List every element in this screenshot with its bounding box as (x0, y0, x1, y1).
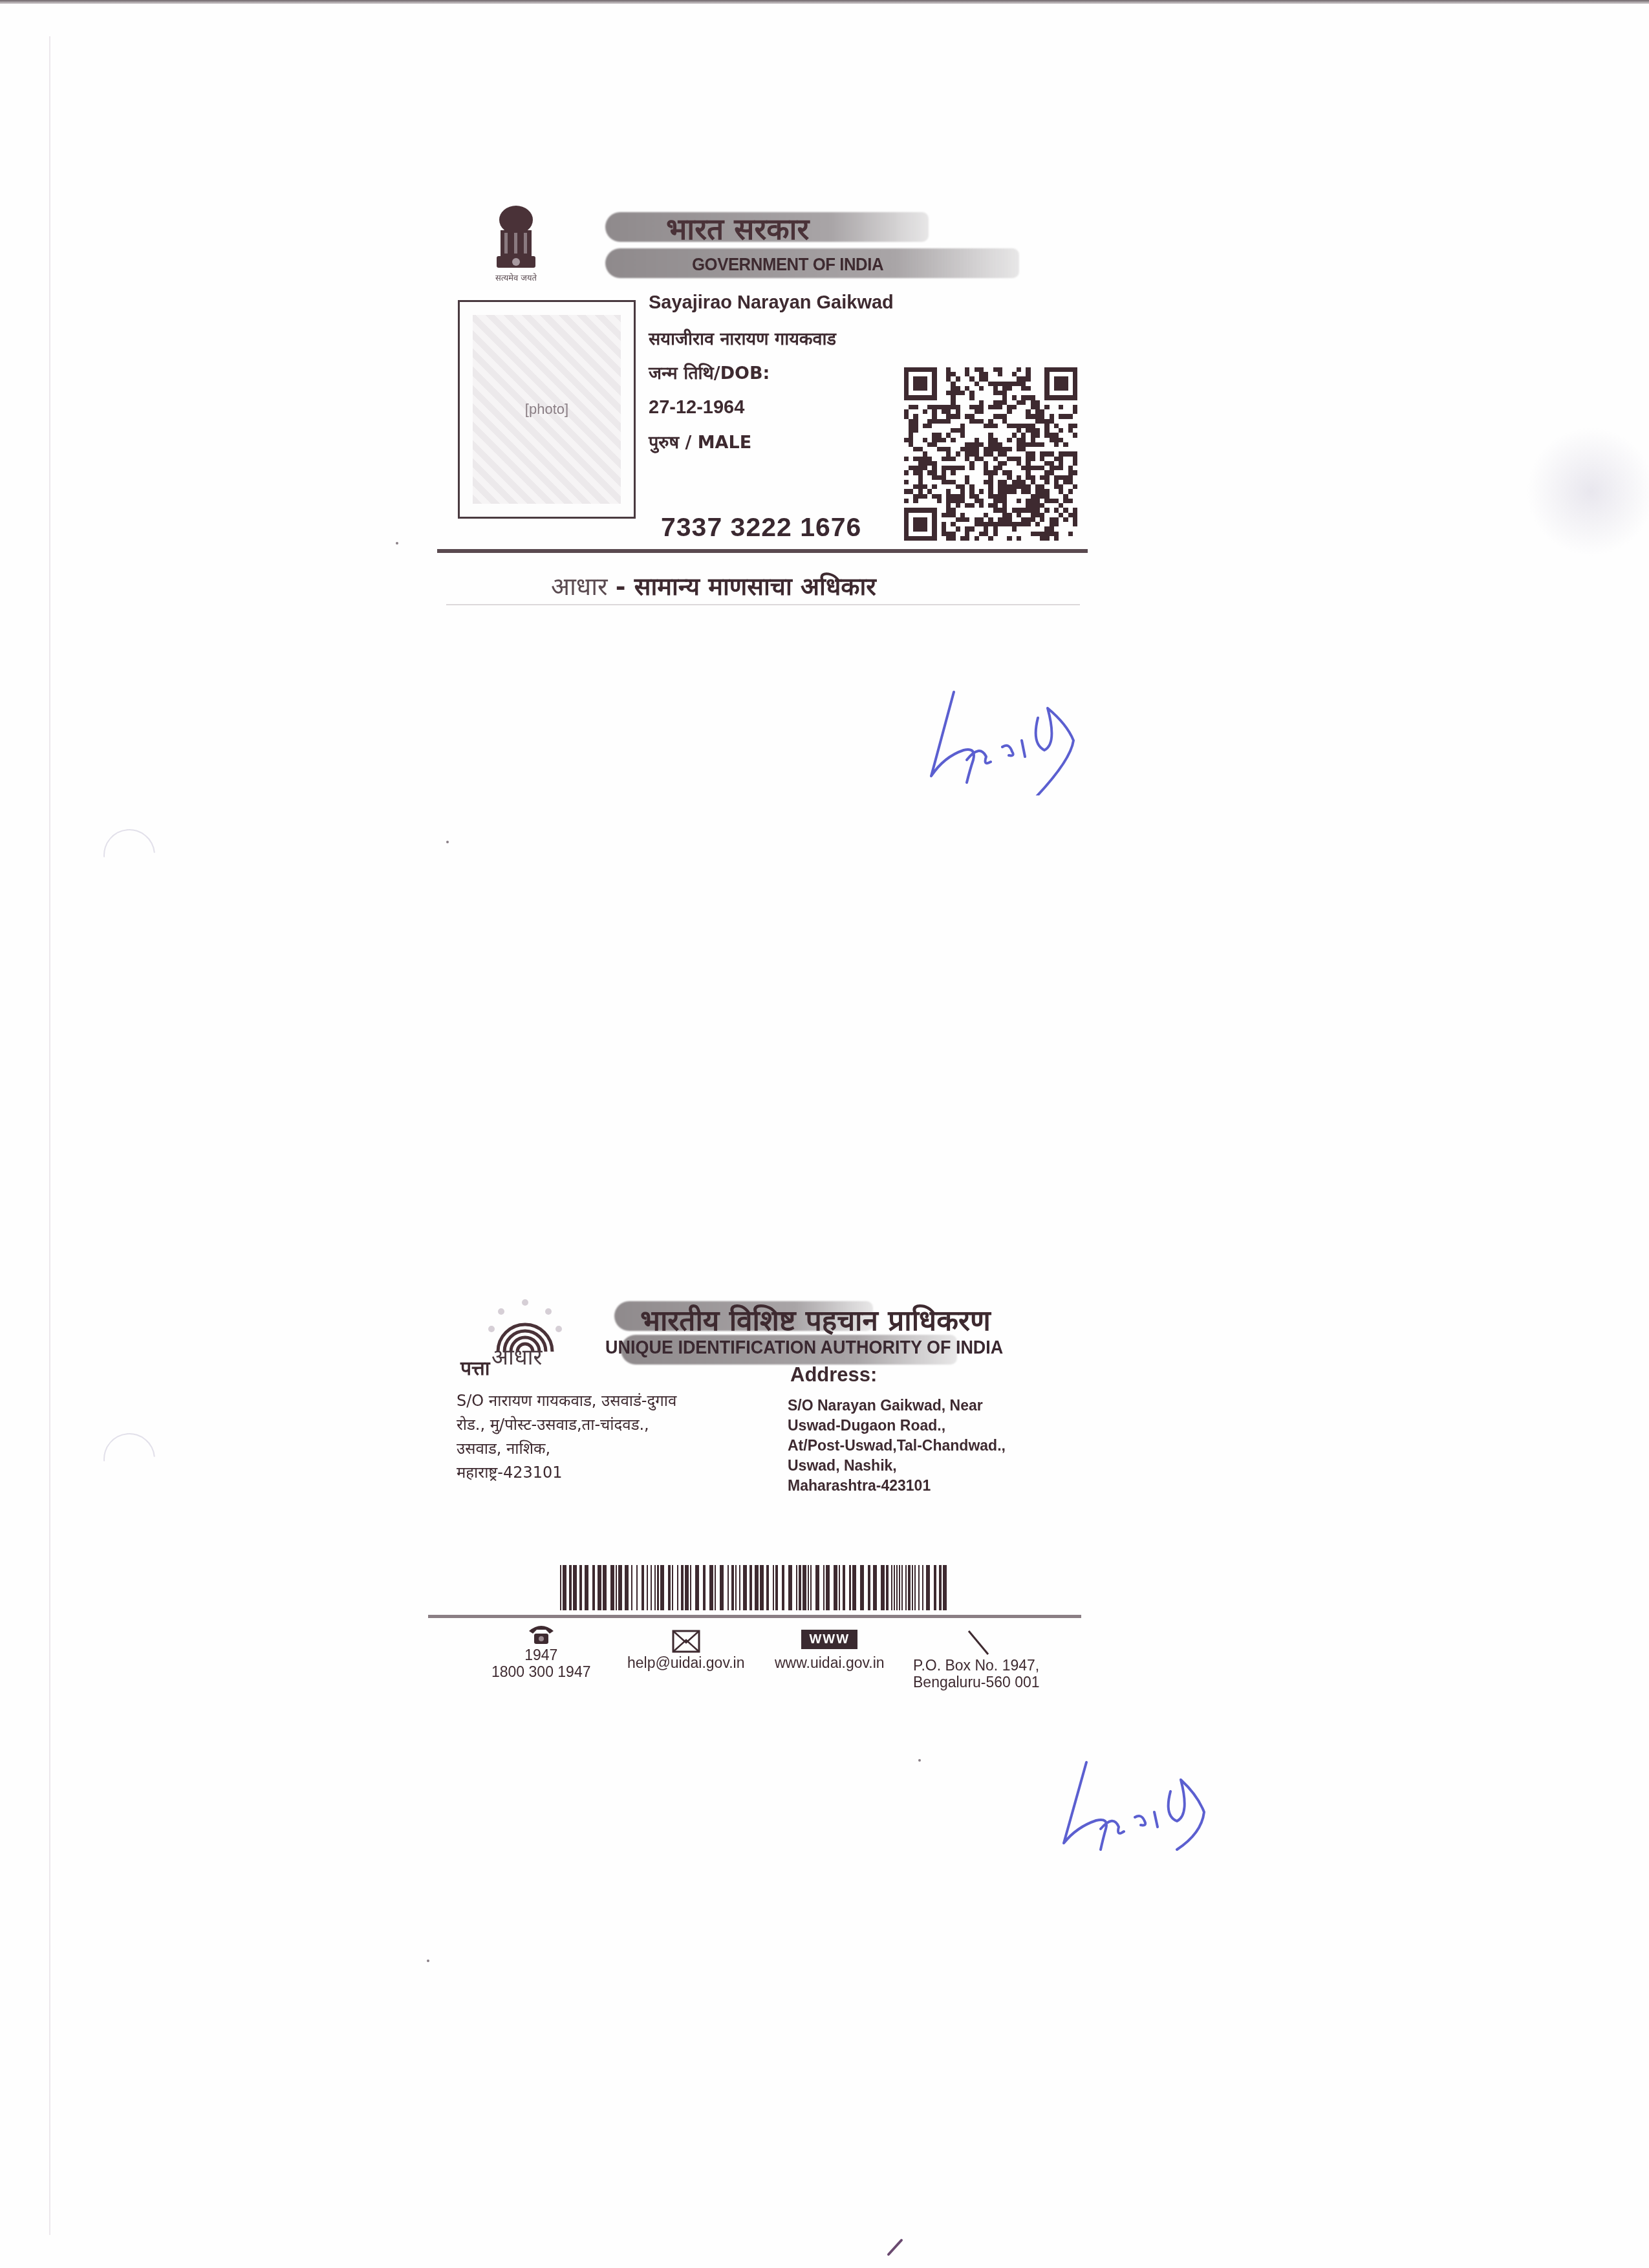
punch-hole-mark (93, 1423, 166, 1496)
barcode (560, 1565, 947, 1610)
address-hindi-line: S/O नारायण गायकवाड, उसवाडं-दुगाव (457, 1389, 676, 1413)
scan-top-edge (0, 0, 1649, 4)
emblem-motto: सत्यमेव जयते (484, 272, 548, 283)
holder-name-hindi: सयाजीराव नारायण गायकवाड (649, 326, 836, 350)
address-label-hindi: पत्ता (460, 1354, 490, 1381)
email: help@uidai.gov.in (627, 1654, 744, 1671)
front-divider (437, 549, 1088, 553)
contact-po-box: P.O. Box No. 1947, Bengaluru-560 001 (913, 1630, 1040, 1690)
contact-email: help@uidai.gov.in (627, 1630, 744, 1671)
signature (1054, 1753, 1222, 1863)
phone-full: 1800 300 1947 (491, 1663, 591, 1680)
address-english-line: Uswad-Dugaon Road., (788, 1416, 1006, 1436)
aadhaar-number: 7337 3222 1676 (661, 512, 861, 543)
website: www.uidai.gov.in (775, 1654, 885, 1671)
tagline: आधार - सामान्य माणसाचा अधिकार (551, 569, 876, 603)
contact-phone: 1947 1800 300 1947 (491, 1623, 591, 1680)
scan-speck (427, 1960, 429, 1962)
scan-left-margin-line (49, 36, 50, 2235)
phone-icon (526, 1623, 556, 1645)
aadhaar-logo-word: आधार (491, 1341, 542, 1371)
address-hindi: S/O नारायण गायकवाड, उसवाडं-दुगाव रोड., म… (457, 1389, 676, 1485)
national-emblem-icon (490, 202, 542, 279)
dob-label: जन्म तिथि/DOB: (649, 360, 770, 384)
scan-smudge (1526, 427, 1649, 556)
address-hindi-line: उसवाड, नाशिक, (457, 1437, 676, 1461)
gender: पुरुष / MALE (649, 429, 751, 453)
address-label-english: Address: (790, 1363, 877, 1387)
www-icon: WWW (801, 1630, 857, 1649)
pen-icon (965, 1630, 993, 1656)
authority-hindi: भारतीय विशिष्ट पहचान प्राधिकरण (640, 1300, 991, 1339)
address-english-line: At/Post-Uswad,Tal-Chandwad., (788, 1436, 1006, 1456)
tagline-prefix: आधार (551, 572, 608, 601)
holder-photo: [photo] (458, 300, 636, 519)
address-hindi-line: रोड., मु/पोस्ट-उसवाड,ता-चांदवड., (457, 1413, 676, 1437)
back-divider (428, 1615, 1081, 1618)
dob-value: 27-12-1964 (649, 397, 744, 418)
scan-speck (396, 542, 398, 545)
mail-icon (672, 1630, 700, 1653)
address-english-line: Maharashtra-423101 (788, 1476, 1006, 1496)
po-box-line1: P.O. Box No. 1947, (913, 1657, 1040, 1674)
phone-short: 1947 (491, 1647, 591, 1663)
address-english: S/O Narayan Gaikwad, Near Uswad-Dugaon R… (788, 1396, 1006, 1496)
address-english-line: Uswad, Nashik, (788, 1456, 1006, 1476)
contact-website: WWW www.uidai.gov.in (775, 1630, 885, 1671)
address-hindi-line: महाराष्ट्र-423101 (457, 1461, 676, 1485)
punch-hole-mark (93, 819, 166, 892)
signature (918, 679, 1086, 795)
pen-stroke-mark (886, 2238, 905, 2257)
photo-placeholder: [photo] (473, 315, 621, 504)
scan-speck (918, 1759, 921, 1762)
photo-label: [photo] (525, 401, 568, 418)
tagline-text: - सामान्य माणसाचा अधिकार (616, 572, 876, 601)
qr-code (903, 367, 1078, 541)
po-box-line2: Bengaluru-560 001 (913, 1674, 1040, 1690)
holder-name-english: Sayajirao Narayan Gaikwad (649, 292, 894, 314)
header-english: GOVERNMENT OF INDIA (692, 254, 883, 275)
authority-english: UNIQUE IDENTIFICATION AUTHORITY OF INDIA (605, 1337, 1003, 1359)
scan-speck (446, 841, 449, 843)
address-english-line: S/O Narayan Gaikwad, Near (788, 1396, 1006, 1416)
card-cut-edge (446, 604, 1080, 605)
header-hindi: भारत सरकार (666, 208, 809, 248)
